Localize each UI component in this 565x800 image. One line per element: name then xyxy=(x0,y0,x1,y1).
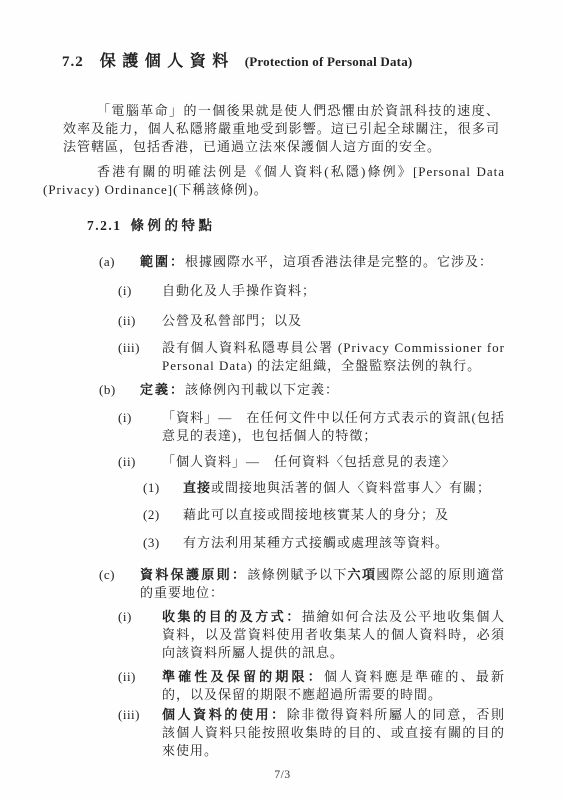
item-body: 收集的目的及方式：描繪如何合法及公平地收集個人資料，以及當資料使用者收集某人的個… xyxy=(162,608,505,662)
list-item-b-ii-3: (3)有方法利用某種方式接觸或處理該等資料。 xyxy=(143,534,565,552)
intro-paragraph-2: 香港有關的明確法例是《個人資料(私隱)條例》[Personal Data (Pr… xyxy=(43,163,505,199)
item-label: 資料保護原則： xyxy=(140,567,247,582)
list-item-a-ii: (ii)公營及私營部門；以及 xyxy=(118,312,565,330)
section-number: 7.2 xyxy=(62,54,84,70)
item-marker: (iii) xyxy=(118,339,162,375)
item-label: 個人資料的使用： xyxy=(162,707,287,722)
item-text-part: 該條例賦予以下 xyxy=(247,567,347,582)
item-text: 自動化及人手操作資料； xyxy=(162,282,505,300)
item-marker: (i) xyxy=(118,608,162,662)
list-item-b-ii: (ii)「個人資料」— 任何資料〈包括意見的表達〉 xyxy=(118,453,565,471)
item-marker: (i) xyxy=(118,409,162,445)
list-item-c-ii: (ii)準確性及保留的期限：個人資料應是準確的、最新的，以及保留的期限不應超過所… xyxy=(118,668,565,704)
section-title: 保護個人資料 xyxy=(100,53,235,70)
item-text: 藉此可以直接或間接地核實某人的身分；及 xyxy=(183,506,505,524)
item-body: 直接或間接地與活著的個人〈資料當事人〉有關； xyxy=(183,479,505,497)
item-text: 「個人資料」— 任何資料〈包括意見的表達〉 xyxy=(162,453,505,471)
item-body: 範圍：根據國際水平，這項香港法律是完整的。它涉及： xyxy=(140,253,505,271)
document-page: 7.2保護個人資料 (Protection of Personal Data) … xyxy=(0,0,565,800)
list-item-c-iii: (iii)個人資料的使用：除非徵得資料所屬人的同意，否則該個人資料只能按照收集時… xyxy=(118,706,565,760)
subsection-title: 條例的特點 xyxy=(131,218,216,233)
subsection-heading: 7.2.1條例的特點 xyxy=(87,214,565,235)
section-title-english: (Protection of Personal Data) xyxy=(245,54,413,69)
item-marker: (b) xyxy=(99,381,140,399)
item-body: 個人資料的使用：除非徵得資料所屬人的同意，否則該個人資料只能按照收集時的目的、或… xyxy=(162,706,505,760)
item-marker: (3) xyxy=(143,534,183,552)
item-body: 準確性及保留的期限：個人資料應是準確的、最新的，以及保留的期限不應超過所需要的時… xyxy=(162,668,505,704)
item-text: 公營及私營部門；以及 xyxy=(162,312,505,330)
item-marker: (ii) xyxy=(118,312,162,330)
item-text: 有方法利用某種方式接觸或處理該等資料。 xyxy=(183,534,505,552)
list-item-b-ii-2: (2)藉此可以直接或間接地核實某人的身分；及 xyxy=(143,506,565,524)
list-item-c: (c)資料保護原則：該條例賦予以下六項國際公認的原則適當的重要地位： xyxy=(99,566,565,602)
item-marker: (1) xyxy=(143,479,183,497)
item-marker: (c) xyxy=(99,566,140,602)
section-heading: 7.2保護個人資料 (Protection of Personal Data) xyxy=(62,45,565,72)
list-item-b-ii-1: (1)直接或間接地與活著的個人〈資料當事人〉有關； xyxy=(143,479,565,497)
item-body: 資料保護原則：該條例賦予以下六項國際公認的原則適當的重要地位： xyxy=(140,566,505,602)
list-item-c-i: (i)收集的目的及方式：描繪如何合法及公平地收集個人資料，以及當資料使用者收集某… xyxy=(118,608,565,662)
list-item-a: (a)範圍：根據國際水平，這項香港法律是完整的。它涉及： xyxy=(99,253,565,271)
item-label: 收集的目的及方式： xyxy=(162,609,302,624)
item-marker: (2) xyxy=(143,506,183,524)
item-text: 設有個人資料私隱專員公署 (Privacy Commissioner for P… xyxy=(162,339,505,375)
item-marker: (iii) xyxy=(118,706,162,760)
intro-paragraph-1: 「電腦革命」的一個後果就是使人們恐懼由於資訊科技的速度、效率及能力，個人私隱將嚴… xyxy=(63,102,500,156)
list-item-a-iii: (iii)設有個人資料私隱專員公署 (Privacy Commissioner … xyxy=(118,339,565,375)
item-marker: (ii) xyxy=(118,453,162,471)
list-item-a-i: (i)自動化及人手操作資料； xyxy=(118,282,565,300)
item-text: 該條例內刊載以下定義： xyxy=(185,382,339,397)
page-number: 7/3 xyxy=(0,769,565,781)
item-body: 定義：該條例內刊載以下定義： xyxy=(140,381,505,399)
item-marker: (i) xyxy=(118,282,162,300)
item-text: 或間接地與活著的個人〈資料當事人〉有關； xyxy=(211,480,491,495)
subsection-number: 7.2.1 xyxy=(87,218,122,233)
item-marker: (a) xyxy=(99,253,140,271)
item-marker: (ii) xyxy=(118,668,162,704)
item-bold-term: 直接 xyxy=(183,480,211,495)
item-bold-term: 六項 xyxy=(348,567,377,582)
list-item-b: (b)定義：該條例內刊載以下定義： xyxy=(99,381,565,399)
item-label: 定義： xyxy=(140,382,185,397)
item-text: 根據國際水平，這項香港法律是完整的。它涉及： xyxy=(185,254,493,269)
item-text: 「資料」— 在任何文件中以任何方式表示的資訊(包括意見的表達)，也包括個人的特徵… xyxy=(162,409,505,445)
item-label: 範圍： xyxy=(140,254,185,269)
list-item-b-i: (i)「資料」— 在任何文件中以任何方式表示的資訊(包括意見的表達)，也包括個人… xyxy=(118,409,565,445)
item-label: 準確性及保留的期限： xyxy=(162,669,324,684)
